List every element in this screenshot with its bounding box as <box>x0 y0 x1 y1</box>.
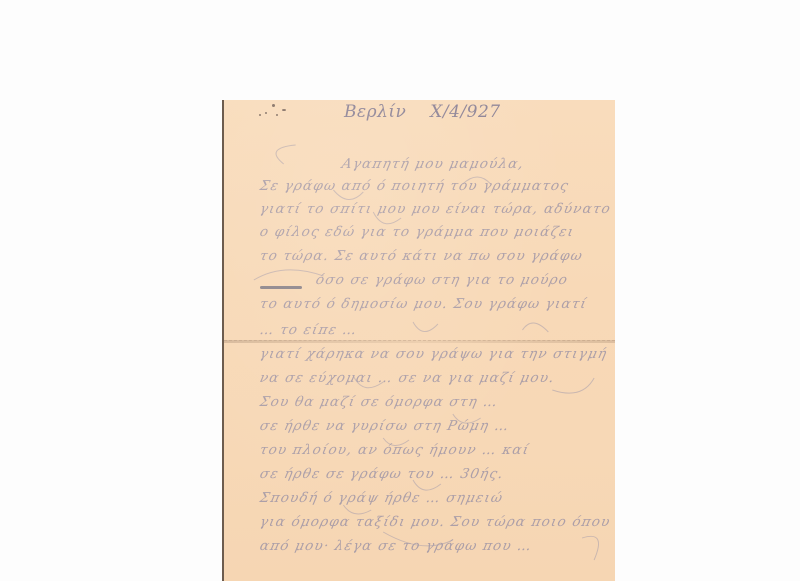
letter-line: γιατί το σπίτι μου μου είναι τώρα, αδύνα… <box>258 201 612 217</box>
speck <box>282 109 286 111</box>
letter-line: για όμορφα ταξίδι μου. Σου τώρα ποιο όπο… <box>258 514 612 530</box>
letter-line: γιατί χάρηκα να σου γράψω για την στιγμή <box>258 346 609 362</box>
letter-line: ο φίλος εδώ για το γράμμα που μοιάζει <box>258 224 576 240</box>
letter-line: Σου θα μαζί σε όμορφα στη … <box>258 394 499 410</box>
letter-heading: Βερλίν Χ/4/927 <box>344 102 501 122</box>
letter-paper: Βερλίν Χ/4/927 Αγαπητή μου μαμούλα, Σε γ… <box>222 100 615 581</box>
letter-line: σε ήρθε σε γράφω του … 30ής. <box>258 466 505 482</box>
letter-line: Σε γράφω από ό ποιητή του γράμματος <box>258 178 570 194</box>
letter-line: του πλοίου, αν όπως ήμουν … καί <box>258 442 531 458</box>
speck <box>276 114 278 116</box>
letter-salutation: Αγαπητή μου μαμούλα, <box>340 156 526 172</box>
speck <box>272 104 275 107</box>
letter-line: όσο σε γράφω στη για το μούρο <box>314 272 569 288</box>
scanned-page: Βερλίν Χ/4/927 Αγαπητή μου μαμούλα, Σε γ… <box>0 0 800 581</box>
letter-line: σε ήρθε να γυρίσω στη Ρώμη … <box>258 418 511 434</box>
ink-underline-mark <box>260 286 302 289</box>
letter-line: Σπουδή ό γράψ ήρθε … σημειώ <box>258 490 505 506</box>
paper-fold-line <box>224 340 615 343</box>
speck <box>265 112 267 114</box>
letter-line: το αυτό ό δημοσίω μου. Σου γράφω γιατί <box>258 296 588 312</box>
letter-date: Χ/4/927 <box>430 102 500 122</box>
letter-place: Βερλίν <box>344 102 406 122</box>
speck <box>259 114 261 116</box>
letter-line: από μου· λέγα σε το γράφω που … <box>258 538 533 554</box>
letter-line: το τώρα. Σε αυτό κάτι να πω σου γράφω <box>258 248 584 264</box>
letter-line: … το είπε … <box>258 322 359 338</box>
letter-line: να σε εύχομαι … σε να για μαζί μου. <box>258 370 556 386</box>
